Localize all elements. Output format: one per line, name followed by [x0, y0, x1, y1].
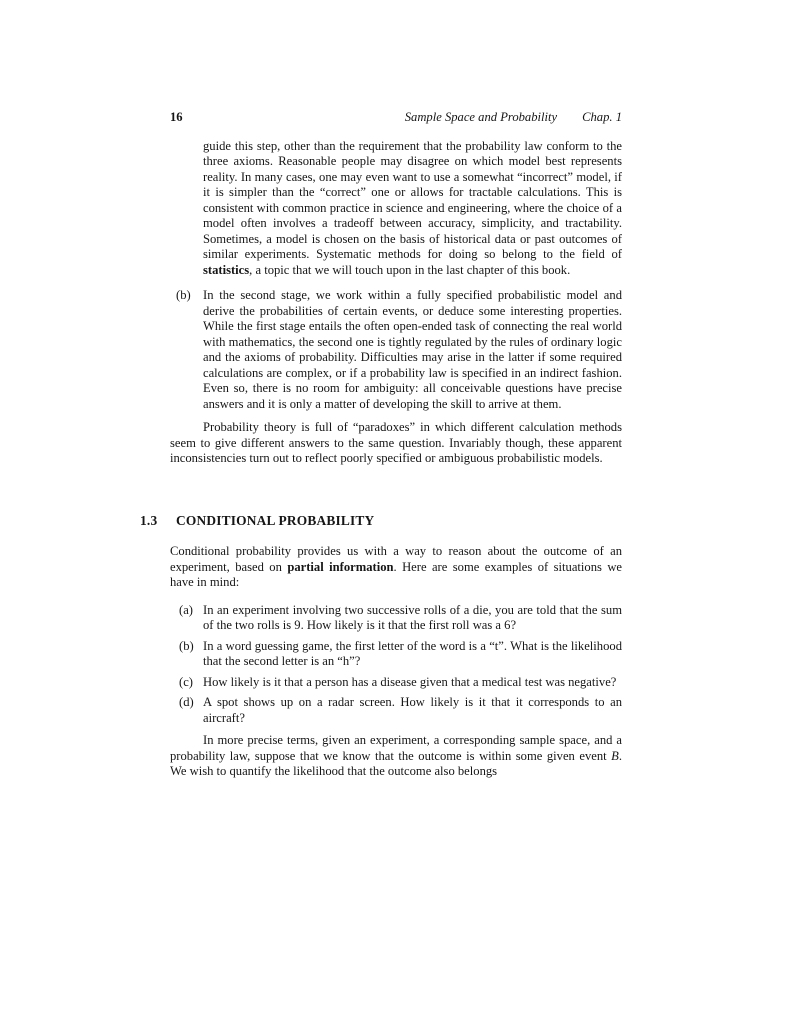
- section-title: CONDITIONAL PROBABILITY: [176, 513, 374, 529]
- running-title: Sample Space and Probability: [405, 110, 557, 124]
- page-number: 16: [170, 110, 183, 126]
- example-text: In a word guessing game, the first lette…: [203, 639, 622, 670]
- example-label: (d): [170, 695, 203, 726]
- bold-term-partial-information: partial information: [287, 560, 393, 574]
- section-heading: 1.3 CONDITIONAL PROBABILITY: [140, 513, 622, 529]
- section-number: 1.3: [140, 513, 176, 529]
- running-header: 16 Sample Space and ProbabilityChap. 1: [170, 110, 622, 126]
- continuation-text: guide this step, other than the requirem…: [203, 139, 622, 262]
- example-text: A spot shows up on a radar screen. How l…: [203, 695, 622, 726]
- running-header-right: Sample Space and ProbabilityChap. 1: [405, 110, 622, 126]
- chapter-label: Chap. 1: [582, 110, 622, 124]
- example-item-a: (a) In an experiment involving two succe…: [170, 603, 622, 634]
- closing-text: In more precise terms, given an experime…: [170, 733, 622, 763]
- continuation-paragraph: guide this step, other than the requirem…: [203, 139, 622, 279]
- example-text: How likely is it that a person has a dis…: [203, 675, 622, 691]
- continuation-text-end: , a topic that we will touch upon in the…: [249, 263, 570, 277]
- document-page: 16 Sample Space and ProbabilityChap. 1 g…: [0, 0, 791, 1024]
- italic-event-B: B: [611, 749, 619, 763]
- list-item-b-second-stage: (b) In the second stage, we work within …: [170, 288, 622, 412]
- example-item-d: (d) A spot shows up on a radar screen. H…: [170, 695, 622, 726]
- intro-paragraph: Conditional probability provides us with…: [170, 544, 622, 591]
- paradoxes-paragraph: Probability theory is full of “paradoxes…: [170, 420, 622, 467]
- list-item-label: (b): [170, 288, 203, 412]
- example-item-c: (c) How likely is it that a person has a…: [170, 675, 622, 691]
- examples-list: (a) In an experiment involving two succe…: [170, 603, 622, 727]
- example-label: (b): [170, 639, 203, 670]
- text-column: 16 Sample Space and ProbabilityChap. 1 g…: [170, 110, 622, 780]
- example-label: (a): [170, 603, 203, 634]
- example-label: (c): [170, 675, 203, 691]
- example-text: In an experiment involving two successiv…: [203, 603, 622, 634]
- example-item-b: (b) In a word guessing game, the first l…: [170, 639, 622, 670]
- closing-paragraph: In more precise terms, given an experime…: [170, 733, 622, 780]
- bold-term-statistics: statistics: [203, 263, 249, 277]
- list-item-text: In the second stage, we work within a fu…: [203, 288, 622, 412]
